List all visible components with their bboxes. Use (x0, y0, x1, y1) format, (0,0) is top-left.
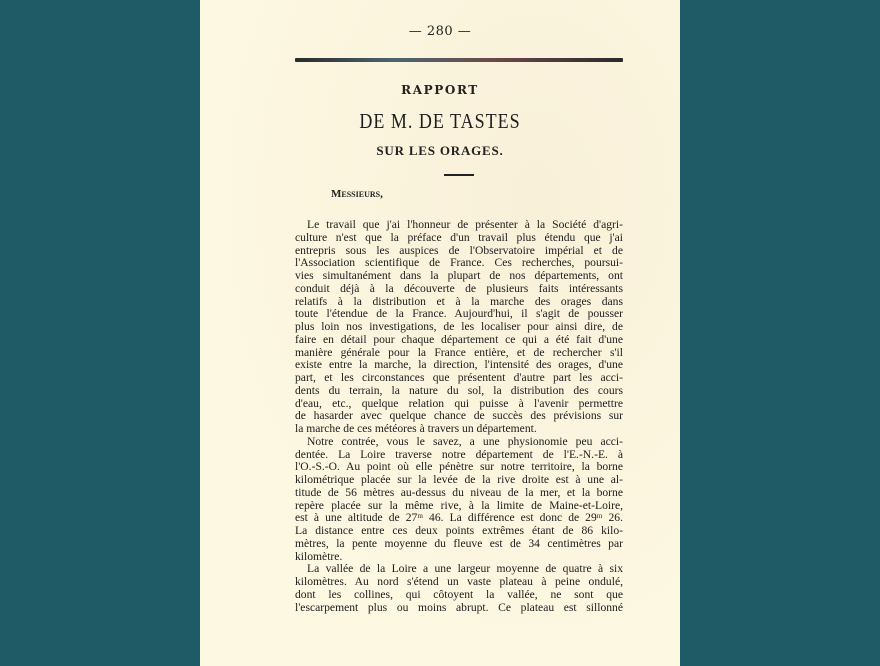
title-subject: SUR LES ORAGES. (200, 143, 680, 159)
scanned-page: — 280 — RAPPORT DE M. DE TASTES SUR LES … (200, 0, 680, 666)
title-divider (444, 174, 474, 176)
body-text: Le travail que j'ai l'honneur de présent… (295, 219, 623, 614)
text-line: culture n'est que la préface d'un travai… (295, 232, 623, 245)
text-line: dont les collines, qui côtoyent la vallé… (295, 589, 623, 602)
text-line: faire en détail pour chaque département … (295, 334, 623, 347)
text-line: la marche de ces météores à travers un d… (295, 423, 623, 436)
text-line: titude de 56 mètres au-dessus du niveau … (295, 487, 623, 500)
text-line: conduit déjà à la découverte de plusieur… (295, 283, 623, 296)
text-line: La distance entre ces deux points extrêm… (295, 525, 623, 538)
title-rapport: RAPPORT (200, 83, 680, 97)
page-number: — 280 — (200, 24, 680, 39)
title-author: DE M. DE TASTES (200, 109, 680, 133)
text-line: dents du terrain, la nature du sol, la d… (295, 385, 623, 398)
text-line: kilomètres. Au nord s'étend un vaste pla… (295, 576, 623, 589)
text-line: plus loin nos investigations, de les loc… (295, 321, 623, 334)
salutation: Messieurs, (331, 188, 383, 200)
text-line: part, et les circonstances que présenten… (295, 372, 623, 385)
text-line: vies simultanément dans la plupart de no… (295, 270, 623, 283)
header-rule (295, 58, 623, 62)
text-line: l'escarpement plus ou moins abrupt. Ce p… (295, 602, 623, 615)
text-line: kilométrique placée sur la levée de la r… (295, 474, 623, 487)
text-line: mètres, la pente moyenne du fleuve est d… (295, 538, 623, 551)
text-line: Le travail que j'ai l'honneur de présent… (295, 219, 623, 232)
text-line: Notre contrée, vous le savez, a une phys… (295, 436, 623, 449)
